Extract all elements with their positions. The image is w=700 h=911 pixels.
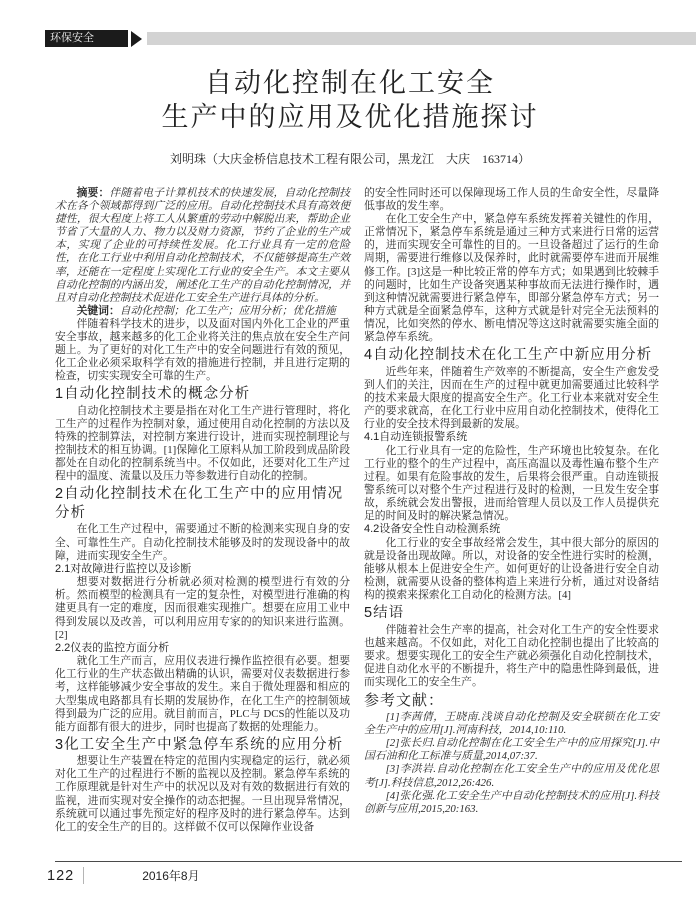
abstract-text: 伴随着电子计算机技术的快速发展，自动化控制技术在各个领域都得到广泛的应用。自动化… (55, 187, 350, 304)
right-column: 的安全性同时还可以保障现场工作人员的生命安全性，尽量降低事故的发生率。 在化工安… (364, 187, 659, 834)
references-heading: 参考文献： (364, 691, 659, 710)
section-1-paragraph: 自动化控制技术主要是指在对化工生产进行管理时，将化工生产的过程作为控制对象，通过… (55, 405, 350, 484)
author-line: 刘明珠（大庆金桥信息技术工程有限公司，黑龙江 大庆 163714） (0, 150, 700, 167)
reference-item-1: [1]李茜倩，王晓南.浅谈自动化控制及安全联锁在化工安全生产中的应用[J].河南… (364, 711, 659, 737)
header-gray-bar (147, 32, 696, 45)
page-footer: 122 2016年8月 (47, 867, 200, 884)
article-title: 自动化控制在化工安全 生产中的应用及优化措施探讨 (0, 66, 700, 134)
section-4-1-heading: 4.1自动连锁报警系统 (364, 431, 659, 445)
category-band: 环保安全 (45, 30, 696, 47)
section-4-2-paragraph: 化工行业的安全事故经常会发生，其中很大部分的原因的就是设备出现故障。所以，对设备… (364, 537, 659, 602)
article-title-line2: 生产中的应用及优化措施探讨 (162, 102, 539, 132)
abstract-paragraph: 摘要：伴随着电子计算机技术的快速发展，自动化控制技术在各个领域都得到广泛的应用。… (55, 187, 350, 305)
reference-item-4: [4]张化强.化工安全生产中自动化控制技术的应用[J].科技创新与应用,2015… (364, 790, 659, 816)
article-body: 摘要：伴随着电子计算机技术的快速发展，自动化控制技术在各个领域都得到广泛的应用。… (55, 187, 659, 834)
keywords-text: 自动化控制；化工生产；应用分析；优化措施 (120, 305, 336, 317)
abstract-label: 摘要： (77, 187, 110, 199)
reference-item-3: [3]李洪岩.自动化控制在化工安全生产中的应用及优化思考[J].科技信息,201… (364, 763, 659, 789)
issue-date: 2016年8月 (142, 867, 199, 884)
section-3-paragraph: 想要让生产装置在特定的范围内实现稳定的运行，就必须对化工生产的过程进行不断的监视… (55, 755, 350, 834)
section-4-heading: 4自动化控制技术在化工生产中新应用分析 (364, 346, 659, 365)
section-4-1-paragraph: 化工行业具有一定的危险性，生产环境也比较复杂。在化工行业的整个的生产过程中，高压… (364, 445, 659, 524)
section-3-paragraph-2: 在化工安全生产中，紧急停车系统发挥着关键性的作用，正常情况下，紧急停车系统是通过… (364, 213, 659, 344)
intro-paragraph: 伴随着科学技术的进步，以及面对国内外化工企业的严重安全事故，越来越多的化工企业将… (55, 318, 350, 383)
section-2-paragraph: 在化工生产过程中，需要通过不断的检测来实现自身的安全、可靠性生产。自动化控制技术… (55, 523, 350, 562)
section-2-2-heading: 2.2仪表的监控方面分析 (55, 642, 350, 656)
arrow-right-icon (131, 31, 142, 47)
left-column: 摘要：伴随着电子计算机技术的快速发展，自动化控制技术在各个领域都得到广泛的应用。… (55, 187, 350, 834)
footer-rule (55, 861, 682, 862)
paper-page: 环保安全 自动化控制在化工安全 生产中的应用及优化措施探讨 刘明珠（大庆金桥信息… (0, 0, 700, 911)
keywords-label: 关键词： (77, 305, 120, 317)
section-3-heading: 3化工安全生产中紧急停车系统的应用分析 (55, 736, 350, 755)
section-2-1-paragraph: 想要对数据进行分析就必须对检测的模型进行有效的分析。然而模型的检测具有一定的复杂… (55, 576, 350, 641)
section-4-paragraph: 近些年来，伴随着生产效率的不断提高，安全生产愈发受到人们的关注，因而在生产的过程… (364, 366, 659, 431)
section-3-paragraph-continued: 的安全性同时还可以保障现场工作人员的生命安全性，尽量降低事故的发生率。 (364, 187, 659, 213)
section-2-2-paragraph: 就化工生产而言，应用仪表进行操作监控很有必要。想要化工行业的生产状态做出精确的认… (55, 655, 350, 734)
reference-item-2: [2]张长归.自动化控制在化工安全生产中的应用探究[J].中国石油和化工标准与质… (364, 737, 659, 763)
keywords-paragraph: 关键词：自动化控制；化工生产；应用分析；优化措施 (55, 305, 350, 318)
footer-divider (83, 867, 84, 884)
page-number: 122 (47, 868, 74, 884)
section-5-paragraph: 伴随着社会生产率的提高，社会对化工生产的安全性要求也越来越高。不仅如此，对化工自… (364, 624, 659, 689)
section-5-heading: 5结语 (364, 604, 659, 623)
section-2-1-heading: 2.1对故障进行监控以及诊断 (55, 563, 350, 577)
section-4-2-heading: 4.2设备安全性自动检测系统 (364, 523, 659, 537)
article-title-line1: 自动化控制在化工安全 (205, 68, 495, 98)
section-1-heading: 1自动化控制技术的概念分析 (55, 385, 350, 404)
section-2-heading: 2自动化控制技术在化工生产中的应用情况分析 (55, 485, 350, 522)
category-tag-label: 环保安全 (45, 30, 128, 47)
